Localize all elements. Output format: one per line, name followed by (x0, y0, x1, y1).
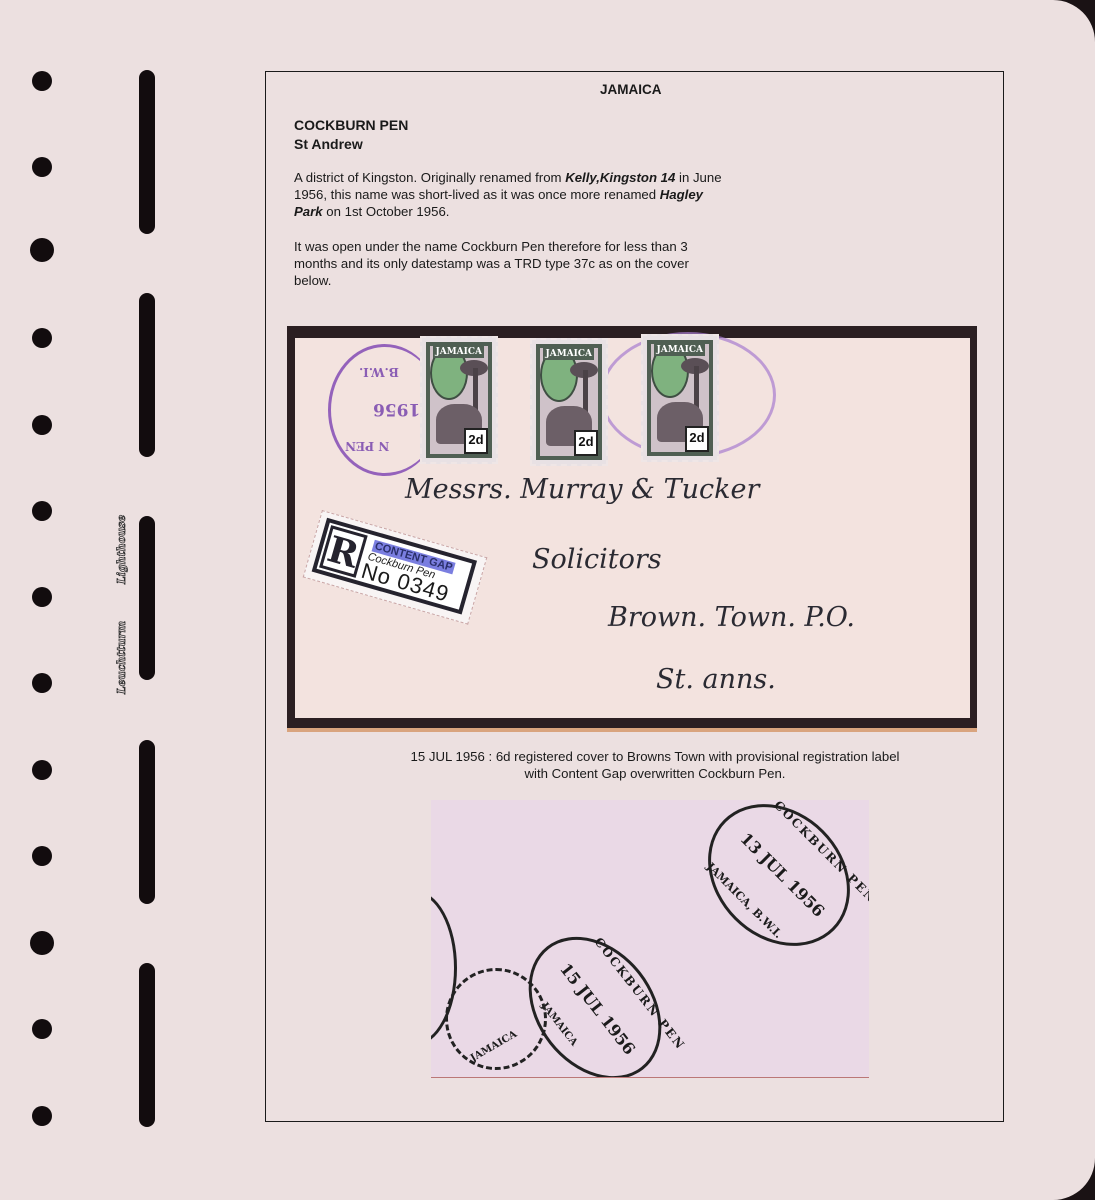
postmark-date: 1956 (373, 399, 420, 419)
album-page: Leuchtturm Lighthouse JAMAICA COCKBURN P… (0, 0, 1095, 1200)
address-line: Solicitors (532, 544, 662, 575)
stamp-value: 2d (574, 430, 598, 456)
postage-stamp: JAMAICA 2d (641, 334, 719, 462)
binder-slot (139, 963, 155, 1127)
intro-paragraph: A district of Kingston. Originally renam… (294, 169, 734, 220)
old-name: Kelly,Kingston 14 (565, 170, 675, 185)
registration-r-icon: R (319, 525, 368, 578)
binder-hole (32, 1106, 52, 1126)
binder-hole (32, 587, 52, 607)
address-line: Brown. Town. P.O. (608, 602, 855, 633)
address-line: St. anns. (656, 664, 776, 695)
parish-name: St Andrew (294, 135, 408, 154)
office-name: COCKBURN PEN (294, 116, 408, 135)
country-heading: JAMAICA (600, 82, 662, 97)
binder-hole (32, 846, 52, 866)
brand-label-leuchtturm: Leuchtturm (115, 621, 128, 694)
cover-caption: 15 JUL 1956 : 6d registered cover to Bro… (405, 748, 905, 782)
stamp-country: JAMAICA (433, 346, 484, 358)
datestamp-enlargement: COCKBURN PEN 13 JUL 1956 JAMAICA, B.W.I.… (431, 800, 869, 1078)
datestamp-country: JAMAICA (469, 1029, 519, 1064)
binder-hole (32, 760, 52, 780)
brand-label-lighthouse: Lighthouse (115, 515, 128, 584)
datestamp-partial: JAMAICA (445, 968, 547, 1070)
binder-hole (32, 157, 52, 177)
intro-text: A district of Kingston. Originally renam… (294, 170, 565, 185)
binder-hole (32, 501, 52, 521)
postage-stamp: JAMAICA 2d (420, 336, 498, 464)
stamp-country: JAMAICA (543, 348, 594, 360)
binder-slot (139, 516, 155, 680)
datestamp: COCKBURN PEN 13 JUL 1956 JAMAICA, B.W.I. (679, 800, 869, 975)
binder-slot (139, 70, 155, 234)
binder-hole (32, 328, 52, 348)
binder-slot (139, 740, 155, 904)
binder-hole (32, 673, 52, 693)
office-title: COCKBURN PEN St Andrew (294, 116, 408, 154)
postage-stamp: JAMAICA 2d (530, 338, 608, 466)
binder-slot (139, 293, 155, 457)
binder-hole (32, 71, 52, 91)
history-paragraph: It was open under the name Cockburn Pen … (294, 238, 719, 289)
binder-hole (32, 415, 52, 435)
postmark-text: N PEN (345, 439, 389, 453)
intro-text: on 1st October 1956. (323, 204, 450, 219)
stamp-country: JAMAICA (654, 344, 705, 356)
binder-hole (30, 238, 54, 262)
binder-hole (30, 931, 54, 955)
postmark-text: B.W.I. (359, 365, 399, 379)
stamp-value: 2d (685, 426, 709, 452)
address-line: Messrs. Murray & Tucker (405, 474, 759, 505)
binder-hole (32, 1019, 52, 1039)
stamp-value: 2d (464, 428, 488, 454)
